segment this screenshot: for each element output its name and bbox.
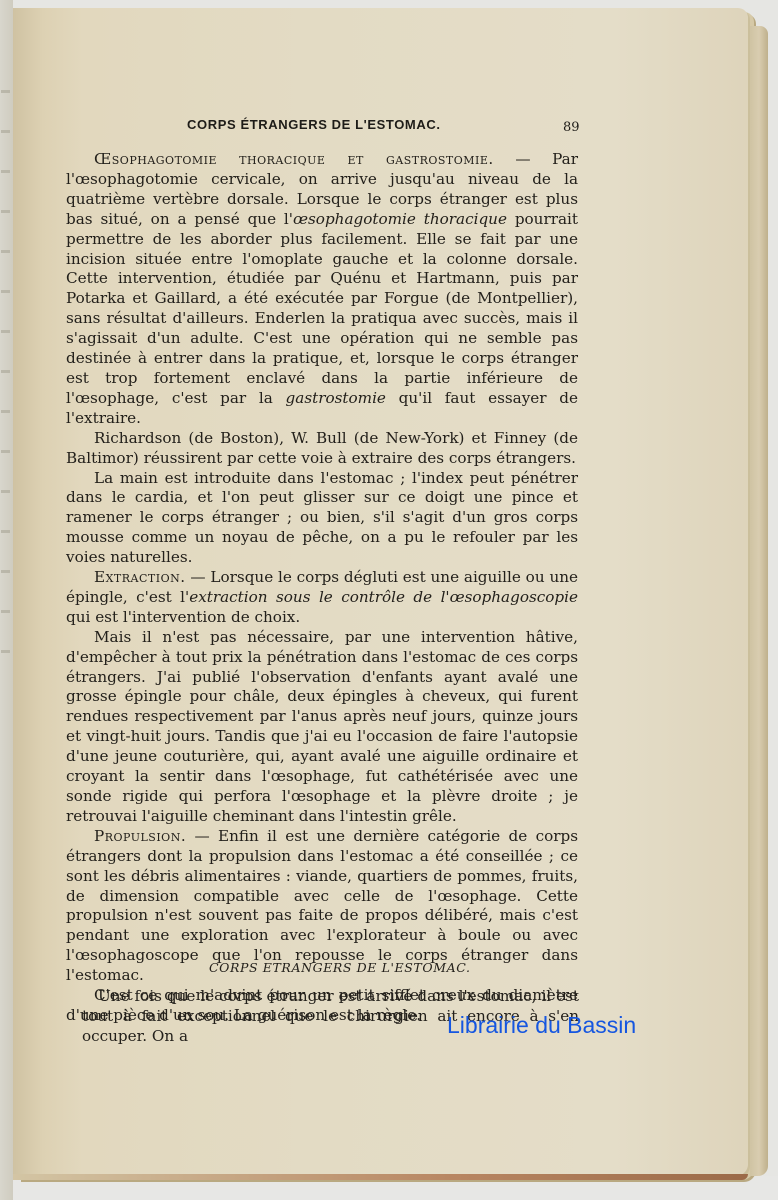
paragraph-oesophagotomie: Œsophagotomie thoracique et gastrostomie…	[66, 150, 578, 429]
running-head: CORPS ÉTRANGERS DE L'ESTOMAC.	[187, 117, 557, 132]
body-text: Œsophagotomie thoracique et gastrostomie…	[66, 150, 578, 1026]
page-stack-edge	[750, 26, 768, 1176]
page-number: 89	[563, 120, 580, 135]
previous-page-edge	[0, 0, 13, 1200]
paragraph-lead: Extraction.	[94, 568, 186, 586]
section-title: CORPS ETRANGERS DE L'ESTOMAC.	[209, 960, 471, 975]
paragraph-la-main: La main est introduite dans l'estomac ; …	[66, 469, 578, 569]
watermark: Librairie du Bassin	[447, 1012, 636, 1039]
paragraph-lead: Œsophagotomie thoracique et gastrostomie…	[94, 150, 494, 168]
paragraph-lead: Propulsion.	[94, 827, 186, 845]
paragraph-mais: Mais il n'est pas nécessaire, par une in…	[66, 628, 578, 827]
paragraph-extraction: Extraction. — Lorsque le corps dégluti e…	[66, 568, 578, 628]
paragraph-richardson: Richardson (de Boston), W. Bull (de New-…	[66, 429, 578, 469]
